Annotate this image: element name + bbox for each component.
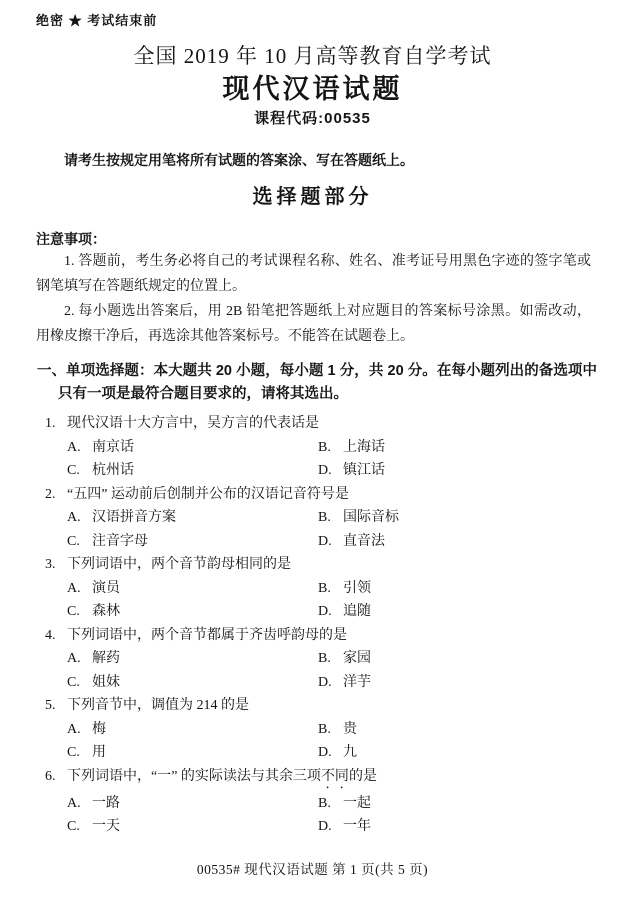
question-stem: 下列词语中，两个音节韵母相同的是: [67, 553, 597, 577]
option-text: 追随: [343, 600, 371, 624]
option-text: 姐妹: [92, 671, 120, 695]
option-text: 洋芋: [343, 671, 371, 695]
question-options: A. 汉语拼音方案 B. 国际音标 C. 注音字母 D. 直音法: [67, 506, 597, 553]
option-letter: B.: [318, 647, 343, 671]
stem-emphasized-text: 不同: [321, 769, 349, 784]
option-text: 杭州话: [92, 459, 134, 483]
option-c: C. 注音字母: [67, 530, 318, 554]
option-c: C. 姐妹: [67, 671, 318, 695]
notice-title: 注意事项：: [36, 228, 589, 250]
question-stem: “五四” 运动前后创制并公布的汉语记音符号是: [67, 483, 597, 507]
option-text: 注音字母: [92, 530, 148, 554]
option-text: 九: [343, 741, 357, 765]
section-one-header: 一、单项选择题：本大题共 20 小题，每小题 1 分，共 20 分。在每小题列出…: [37, 360, 597, 405]
question-options: A. 南京话 B. 上海话 C. 杭州话 D. 镇江话: [67, 436, 597, 483]
option-text: 一年: [343, 815, 371, 839]
option-letter: A.: [67, 436, 92, 460]
option-letter: A.: [67, 506, 92, 530]
stem-text: 的是: [349, 769, 377, 784]
option-a: A. 解药: [67, 647, 318, 671]
option-d: D. 洋芋: [318, 671, 597, 695]
option-b: B. 上海话: [318, 436, 597, 460]
option-text: 引领: [343, 577, 371, 601]
option-letter: B.: [318, 792, 343, 816]
question-stem: 下列词语中，“一” 的实际读法与其余三项不同的是: [67, 765, 597, 792]
option-letter: D.: [318, 815, 343, 839]
option-c: C. 森林: [67, 600, 318, 624]
option-c: C. 一天: [67, 815, 318, 839]
option-text: 一路: [92, 792, 120, 816]
option-c: C. 杭州话: [67, 459, 318, 483]
option-text: 直音法: [343, 530, 385, 554]
option-letter: C.: [67, 530, 92, 554]
option-text: 家园: [343, 647, 371, 671]
option-text: 一起: [343, 792, 371, 816]
question-4: 4. 下列词语中，两个音节都属于齐齿呼韵母的是 A. 解药 B. 家园 C. 姐…: [45, 624, 597, 695]
question-number: 2.: [45, 483, 67, 507]
option-letter: B.: [318, 506, 343, 530]
question-number: 1.: [45, 412, 67, 436]
option-text: 一天: [92, 815, 120, 839]
option-letter: C.: [67, 459, 92, 483]
option-letter: B.: [318, 577, 343, 601]
question-1: 1. 现代汉语十大方言中，吴方言的代表话是 A. 南京话 B. 上海话 C. 杭…: [45, 412, 597, 483]
answer-sheet-instruction: 请考生按规定用笔将所有试题的答案涂、写在答题纸上。: [36, 150, 589, 171]
option-letter: C.: [67, 600, 92, 624]
option-text: 镇江话: [343, 459, 385, 483]
question-stem: 下列音节中，调值为 214 的是: [67, 694, 597, 718]
option-text: 汉语拼音方案: [92, 506, 176, 530]
subject-title: 现代汉语试题: [0, 73, 625, 106]
option-letter: A.: [67, 792, 92, 816]
option-text: 解药: [92, 647, 120, 671]
security-classification: 绝密 ★ 考试结束前: [36, 10, 625, 29]
notice-item-1: 1. 答题前，考生务必将自己的考试课程名称、姓名、准考证号用黑色字迹的签字笔或钢…: [36, 250, 591, 299]
exam-paper-page: 绝密 ★ 考试结束前 全国 2019 年 10 月高等教育自学考试 现代汉语试题…: [0, 0, 625, 911]
question-stem: 下列词语中，两个音节都属于齐齿呼韵母的是: [67, 624, 597, 648]
option-text: 上海话: [343, 436, 385, 460]
question-number: 4.: [45, 624, 67, 648]
option-d: D. 镇江话: [318, 459, 597, 483]
question-number: 5.: [45, 694, 67, 718]
question-3: 3. 下列词语中，两个音节韵母相同的是 A. 演员 B. 引领 C. 森林 D.: [45, 553, 597, 624]
question-6: 6. 下列词语中，“一” 的实际读法与其余三项不同的是 A. 一路 B. 一起 …: [45, 765, 597, 839]
question-options: A. 梅 B. 贵 C. 用 D. 九: [67, 718, 597, 765]
option-text: 用: [92, 741, 106, 765]
option-b: B. 一起: [318, 792, 597, 816]
option-b: B. 国际音标: [318, 506, 597, 530]
option-text: 南京话: [92, 436, 134, 460]
option-letter: C.: [67, 741, 92, 765]
option-text: 森林: [92, 600, 120, 624]
option-a: A. 演员: [67, 577, 318, 601]
question-2: 2. “五四” 运动前后创制并公布的汉语记音符号是 A. 汉语拼音方案 B. 国…: [45, 483, 597, 554]
question-options: A. 演员 B. 引领 C. 森林 D. 追随: [67, 577, 597, 624]
option-letter: A.: [67, 647, 92, 671]
option-letter: A.: [67, 577, 92, 601]
course-code: 课程代码:00535: [0, 109, 625, 129]
question-options: A. 解药 B. 家园 C. 姐妹 D. 洋芋: [67, 647, 597, 694]
option-letter: B.: [318, 436, 343, 460]
question-number: 3.: [45, 553, 67, 577]
option-letter: C.: [67, 815, 92, 839]
option-letter: B.: [318, 718, 343, 742]
option-text: 梅: [92, 718, 106, 742]
option-text: 贵: [343, 718, 357, 742]
option-text: 国际音标: [343, 506, 399, 530]
option-a: A. 一路: [67, 792, 318, 816]
exam-title: 全国 2019 年 10 月高等教育自学考试: [0, 42, 625, 70]
option-letter: A.: [67, 718, 92, 742]
option-a: A. 汉语拼音方案: [67, 506, 318, 530]
option-d: D. 九: [318, 741, 597, 765]
part-title: 选择题部分: [0, 184, 625, 211]
question-stem: 现代汉语十大方言中，吴方言的代表话是: [67, 412, 597, 436]
question-list: 1. 现代汉语十大方言中，吴方言的代表话是 A. 南京话 B. 上海话 C. 杭…: [0, 412, 625, 839]
option-letter: D.: [318, 741, 343, 765]
option-letter: D.: [318, 530, 343, 554]
option-c: C. 用: [67, 741, 318, 765]
page-footer: 00535# 现代汉语试题 第 1 页(共 5 页): [0, 861, 625, 879]
option-a: A. 梅: [67, 718, 318, 742]
stem-text: 下列词语中，“一” 的实际读法与其余三项: [67, 769, 321, 784]
option-letter: D.: [318, 671, 343, 695]
option-letter: C.: [67, 671, 92, 695]
option-d: D. 直音法: [318, 530, 597, 554]
option-text: 演员: [92, 577, 120, 601]
notice-item-2: 2. 每小题选出答案后，用 2B 铅笔把答题纸上对应题目的答案标号涂黑。如需改动…: [36, 300, 591, 349]
option-d: D. 追随: [318, 600, 597, 624]
option-b: B. 家园: [318, 647, 597, 671]
option-a: A. 南京话: [67, 436, 318, 460]
option-letter: D.: [318, 459, 343, 483]
option-letter: D.: [318, 600, 343, 624]
option-d: D. 一年: [318, 815, 597, 839]
question-5: 5. 下列音节中，调值为 214 的是 A. 梅 B. 贵 C. 用 D.: [45, 694, 597, 765]
question-options: A. 一路 B. 一起 C. 一天 D. 一年: [67, 792, 597, 839]
option-b: B. 贵: [318, 718, 597, 742]
question-number: 6.: [45, 765, 67, 792]
option-b: B. 引领: [318, 577, 597, 601]
